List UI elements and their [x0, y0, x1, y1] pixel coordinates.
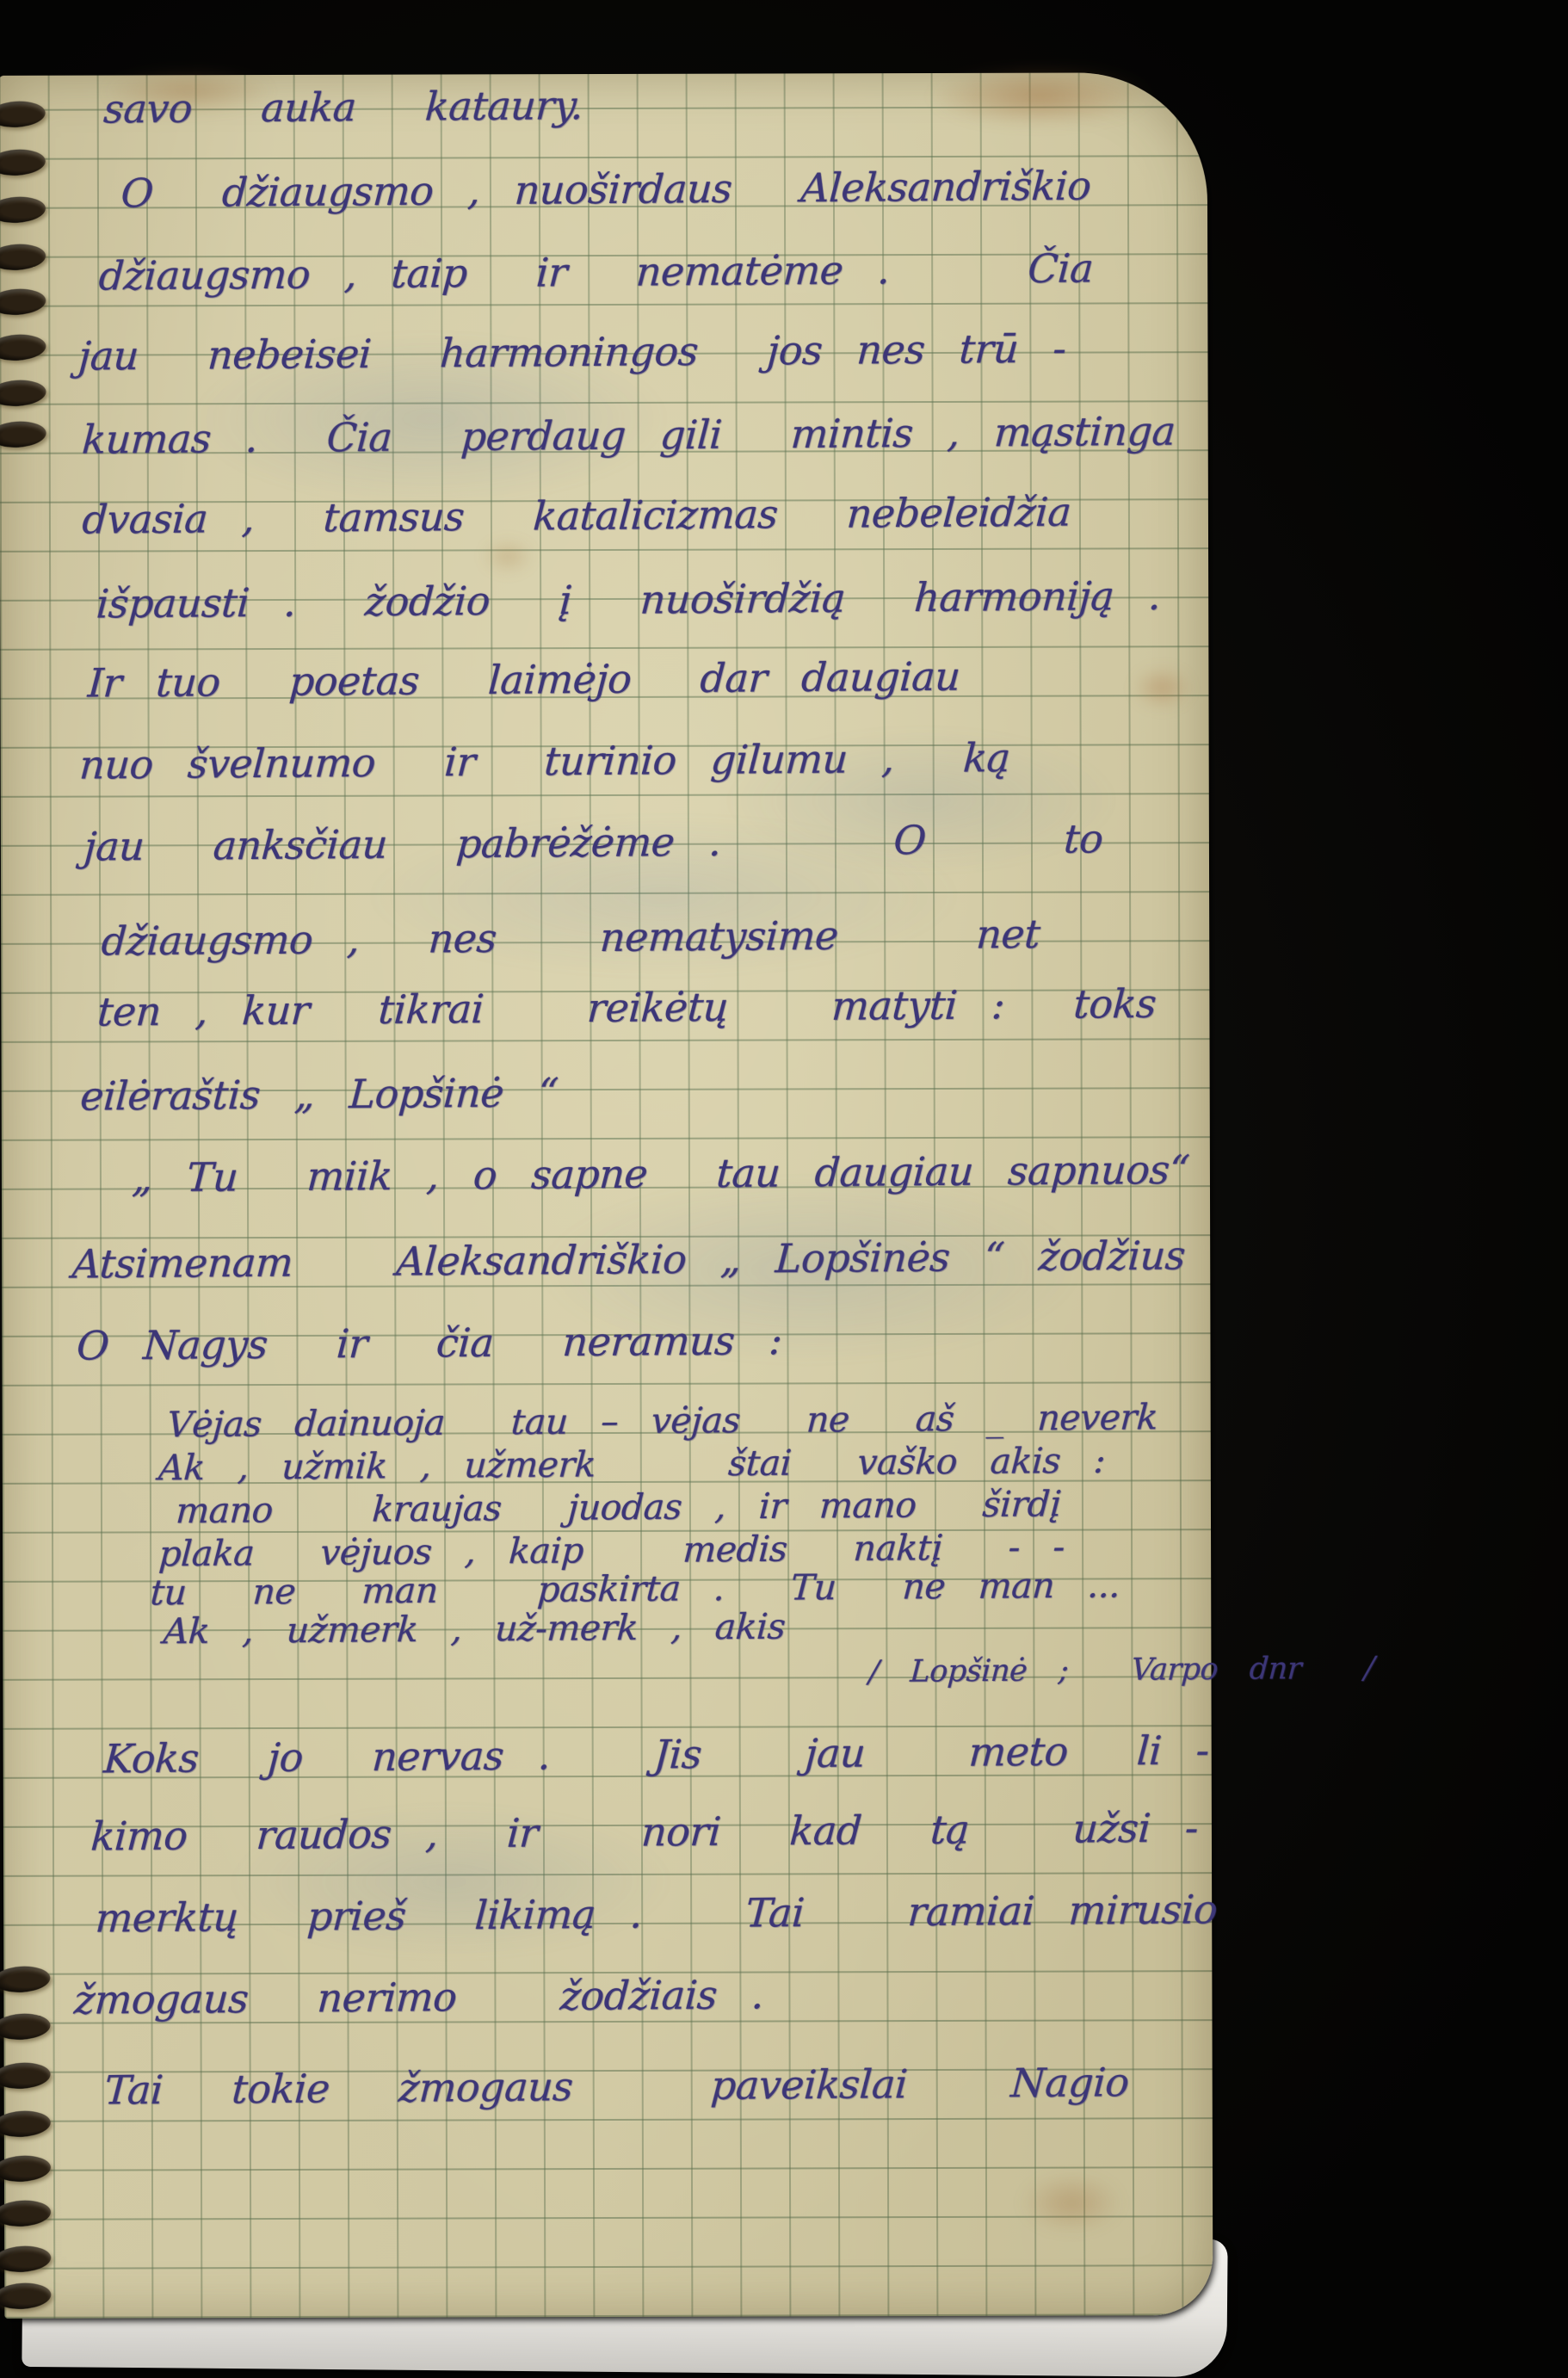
handwritten-line: kimo raudos , ir nori kad tą užsi -: [90, 1804, 1200, 1859]
handwritten-line: merktų prieš likimą . Tai ramiai mirusio: [94, 1886, 1219, 1941]
handwritten-line: kumas . Čia perdaug gili mintis , mąstin…: [81, 408, 1177, 463]
handwritten-line: jau nebeisei harmoningos jos nes trū -: [77, 325, 1068, 380]
handwritten-line: Ak , užmik , užmerk štai vaško akis :: [157, 1440, 1107, 1489]
handwritten-line: jau anksčiau pabrėžėme . O to: [83, 815, 1104, 869]
handwritten-line: Vėjas dainuoja tau – vėjas ne aš _ never…: [166, 1396, 1159, 1445]
handwritten-line: išpausti . žodžio į nuoširdžią harmoniją…: [95, 572, 1162, 627]
handwritten-line: Ak , užmerk , už-merk , akis: [162, 1606, 786, 1652]
handwritten-line: Koks jo nervas . Jis jau meto li -: [102, 1726, 1211, 1782]
handwritten-line: džiaugsmo , nes nematysime net: [100, 911, 1041, 965]
handwritten-line: O Nagys ir čia neramus :: [76, 1317, 784, 1368]
notebook-page: savo auka kataury.O džiaugsmo , nuoširda…: [0, 72, 1213, 2319]
handwritten-line: tu ne man paskirta . Tu ne man ...: [149, 1565, 1121, 1614]
handwritten-line: džiaugsmo , taip ir nematėme . Čia: [97, 244, 1095, 299]
handwritten-line: žmogaus nerimo žodžiais .: [73, 1971, 766, 2023]
handwritten-line: mano kraujas juodas , ir mano širdį: [175, 1483, 1062, 1531]
handwritten-line: Ir tuo poetas laimėjo dar daugiau: [87, 653, 962, 707]
handwritten-line: „ Tu miik , o sapne tau daugiau sapnuos“: [131, 1146, 1190, 1201]
handwritten-line: dvasia , tamsus katalicizmas nebeleidžia: [81, 489, 1072, 543]
handwritten-line: nuo švelnumo ir turinio gilumu , ką: [78, 734, 1012, 788]
handwritten-line: O džiaugsmo , nuoširdaus Aleksandriškio: [120, 163, 1092, 217]
handwritten-line: ten , kur tikrai reikėtų matyti : toks: [96, 980, 1157, 1035]
handwritten-line: Tai tokie žmogaus paveikslai Nagio: [103, 2059, 1131, 2113]
handwritten-line: savo auka kataury.: [102, 82, 584, 132]
handwritten-line: / Lopšinė ; Varpo dnr /: [868, 1652, 1375, 1690]
handwritten-line: Atsimenam Aleksandriškio „ Lopšinės “ žo…: [71, 1232, 1186, 1287]
handwritten-line: eilėraštis „ Lopšinė “: [79, 1069, 559, 1119]
